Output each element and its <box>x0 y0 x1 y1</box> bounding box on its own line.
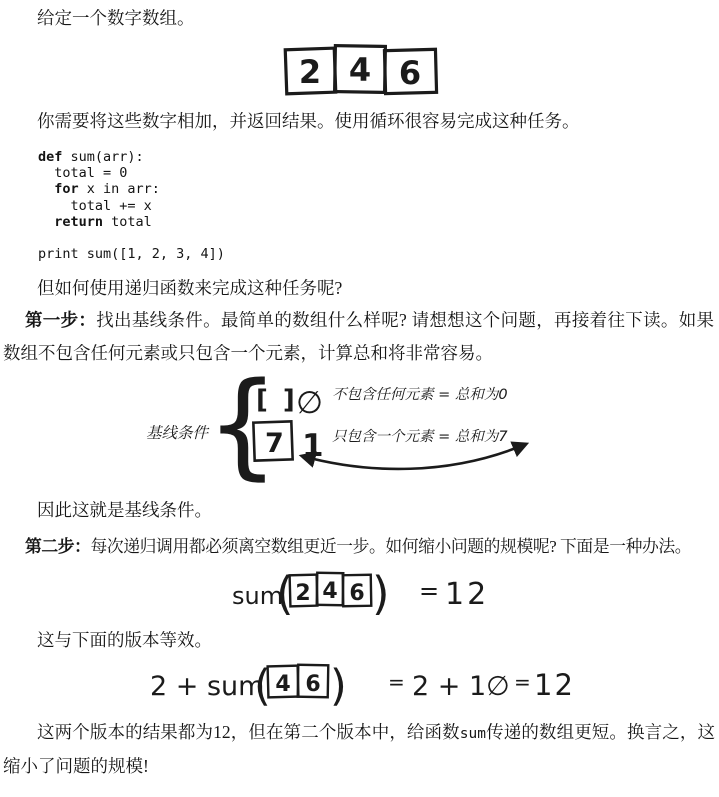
array-cell-value: 4 <box>322 579 337 604</box>
array-cell-value: 4 <box>275 672 290 697</box>
array-cell-value: 2 <box>299 53 321 91</box>
paragraph-intro: 给定一个数字数组。 <box>37 8 195 28</box>
equals-sign: = <box>419 577 439 605</box>
sum-result: 12 <box>445 577 488 612</box>
single-element-value: 7 <box>265 428 284 459</box>
array-cell-value: 6 <box>305 672 320 697</box>
step2-text: 每次递归调用都必须离空数组更近一步。如何缩小问题的规模呢? 下面是一种办法。 <box>91 537 692 556</box>
final-result: 12 <box>534 668 575 702</box>
paragraph-recursion-question: 但如何使用递归函数来完成这种任务呢? <box>37 278 342 298</box>
paragraph-step2: 第二步：每次递归调用都必须离空数组更近一步。如何缩小问题的规模呢? 下面是一种办… <box>3 533 691 557</box>
empty-array-brackets: [ ] <box>256 385 298 415</box>
paragraph-loop-intro: 你需要将这些数字相加，并返回结果。使用循环很容易完成这种任务。 <box>37 111 580 131</box>
figure-array-246: 2 4 6 <box>281 42 441 100</box>
inline-code-sum: sum <box>460 726 486 742</box>
partial-result: 2 + 1∅ <box>412 671 510 702</box>
step1-label: 第一步： <box>25 310 96 330</box>
empty-set-icon: ∅ <box>296 385 323 421</box>
paragraph-equivalent: 这与下面的版本等效。 <box>37 630 212 650</box>
equals-sign: = <box>388 670 405 694</box>
paragraph-step1: 第一步：找出基线条件。最简单的数组什么样呢? 请想想这个问题，再接着往下读。如果… <box>3 304 714 370</box>
close-paren: ) <box>330 661 347 710</box>
array-cell-value: 2 <box>295 581 310 606</box>
figure-sum-246: sum ( 2 4 6 ) = 12 <box>226 562 488 618</box>
curved-arrow-icon <box>302 444 526 469</box>
empty-note: 不包含任何元素 = 总和为0 <box>332 386 508 403</box>
step1-text: 找出基线条件。最简单的数组什么样呢? 请想想这个问题，再接着往下读。如果数组不包… <box>3 310 714 363</box>
close-paren: ) <box>372 567 390 618</box>
figure-base-case: 基线条件 { [ ] ∅ 不包含任何元素 = 总和为0 7 1 只包含一个元素 … <box>138 372 578 484</box>
equals-sign: = <box>514 670 531 694</box>
step2-label: 第二步： <box>25 537 91 556</box>
code-content: def sum(arr): total = 0 for x in arr: to… <box>38 149 225 262</box>
paragraph-base-case-conclusion: 因此这就是基线条件。 <box>37 500 212 520</box>
book-page: { "doc": { "p1": "给定一个数字数组。", "p2": "你需要… <box>0 0 719 797</box>
base-case-label: 基线条件 <box>146 424 210 442</box>
sum-expression-prefix: 2 + sum <box>150 671 264 702</box>
code-block: def sum(arr): total = 0 for x in arr: to… <box>38 149 225 262</box>
single-note: 只包含一个元素 = 总和为7 <box>332 428 508 445</box>
array-cell-value: 6 <box>349 581 364 606</box>
array-cell-value: 6 <box>399 54 421 92</box>
conclusion-before: 这两个版本的结果都为12，但在第二个版本中，给函数 <box>37 722 460 742</box>
paragraph-conclusion: 这两个版本的结果都为12，但在第二个版本中，给函数sum传递的数组更短。换言之，… <box>3 716 715 782</box>
array-cell-value: 4 <box>349 51 371 89</box>
figure-sum-46: 2 + sum ( 4 6 ) = 2 + 1∅ = 12 <box>142 654 578 710</box>
